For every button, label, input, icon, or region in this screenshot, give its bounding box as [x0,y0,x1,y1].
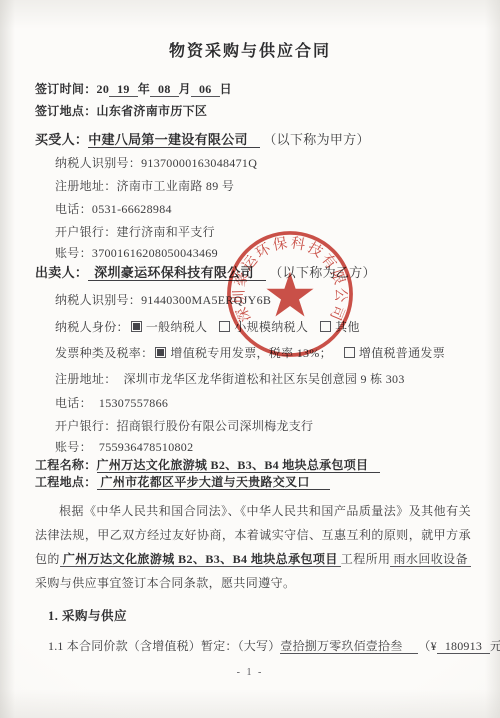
project-location-row: 工程地点：广州市花都区平步大道与天贵路交叉口 [35,473,330,490]
seller-name: 深圳豪运环保科技有限公司 [88,265,266,281]
signing-century: 20 [97,82,110,96]
checkbox-other-taxpayer [320,321,331,332]
signing-place-label: 签订地点： [35,104,97,118]
signing-day: 06 [191,82,220,97]
clause-1-1-suffix: 元）， [490,639,500,653]
invoice-option-normal: 增值税普通发票 [359,346,445,360]
project-name-value: 广州万达文化旅游城 B2、B3、B4 地块总承包项目 [97,458,381,473]
buyer-phone-label: 电话： [55,202,92,216]
seller-alias: （以下称为乙方） [269,265,375,280]
identity-option-other: 其他 [335,320,360,334]
checkbox-general-taxpayer-checked [131,321,142,332]
identity-option-general: 一般纳税人 [146,320,208,334]
buyer-address-value: 济南市工业南路 89 号 [117,179,235,193]
buyer-account-value: 37001616208050043469 [92,246,218,260]
preamble-goods-blank: 雨水回收设备 [390,552,471,567]
seller-phone-label: 电话： [55,396,92,410]
page-title: 物资采购与供应合同 [0,38,500,61]
year-unit: 年 [138,82,150,96]
buyer-address-label: 注册地址： [55,179,117,193]
buyer-label: 买受人： [35,132,88,147]
seller-account-row: 账号：755936478510802 [55,438,193,455]
project-location-value: 广州市花都区平步大道与天贵路交叉口 [97,475,330,490]
amount-paren-open: （¥ [418,639,436,653]
clause-1-1: 1.1 本合同价款（含增值税）暂定：（大写）壹拾捌万零玖佰壹拾叁（¥180913… [48,637,500,654]
seller-label: 出卖人： [35,265,88,280]
page-number: - 1 - [0,667,500,678]
seller-address-value: 深圳市龙华区龙华街道松和社区东吴创意园 9 栋 303 [124,372,405,386]
amount-number: 180913 [437,639,490,654]
signing-time-label: 签订时间： [35,82,97,96]
buyer-name: 中建八局第一建设有限公司 [88,132,260,148]
signing-time-row: 签订时间：2019年08月06日 [35,80,232,97]
seller-identity-label: 纳税人身份： [55,320,129,334]
identity-option-small: 小规模纳税人 [234,320,308,334]
seller-address-label: 注册地址： [55,372,117,386]
seller-account-value: 755936478510802 [99,440,194,454]
buyer-bank-label: 开户银行： [55,225,117,239]
seller-account-label: 账号： [55,440,92,454]
buyer-phone-value: 0531-66628984 [92,202,172,216]
seller-taxid-row: 纳税人识别号：91440300MA5ERQJY6B [55,291,271,308]
buyer-alias: （以下称为甲方） [263,132,369,147]
invoice-option-special: 增值税专用发票，税率 13%； [170,346,332,360]
seller-bank-value: 招商银行股份有限公司深圳梅龙支行 [117,419,314,433]
amount-chinese: 壹拾捌万零玖佰壹拾叁 [280,639,418,654]
buyer-taxid-row: 纳税人识别号：91370000163048471Q [55,154,257,171]
seller-identity-row: 纳税人身份：一般纳税人小规模纳税人其他 [55,318,360,335]
seller-taxid-value: 91440300MA5ERQJY6B [141,293,271,307]
contract-page: 物资采购与供应合同 签订时间：2019年08月06日 签订地点：山东省济南市历下… [0,0,500,718]
seller-phone-value: 15307557866 [99,396,168,410]
seller-bank-row: 开户银行：招商银行股份有限公司深圳梅龙支行 [55,417,313,434]
signing-place-row: 签订地点：山东省济南市历下区 [35,102,207,119]
buyer-bank-value: 建行济南和平支行 [117,225,215,239]
buyer-phone-row: 电话：0531-66628984 [55,200,172,217]
checkbox-small-taxpayer [219,321,230,332]
checkbox-normal-invoice [344,347,355,358]
preamble-project-blank: 广州万达文化旅游城 B2、B3、B4 地块总承包项目 [60,552,341,567]
seller-bank-label: 开户银行： [55,419,117,433]
preamble-part2: 工程所用 [341,552,391,566]
signing-month: 08 [150,82,179,97]
seller-invoice-row: 发票种类及税率：增值税专用发票，税率 13%；增值税普通发票 [55,344,445,361]
seller-address-row: 注册地址：深圳市龙华区龙华街道松和社区东吴创意园 9 栋 303 [55,370,405,387]
checkbox-special-invoice-checked [155,347,166,358]
signing-place-value: 山东省济南市历下区 [97,104,208,118]
project-location-label: 工程地点： [35,475,97,489]
preamble-part3: 采购与供应事宜签订本合同条款，愿共同遵守。 [35,576,295,590]
buyer-account-row: 账号：37001616208050043469 [55,244,218,261]
project-name-label: 工程名称： [35,458,97,472]
month-unit: 月 [179,82,191,96]
buyer-address-row: 注册地址：济南市工业南路 89 号 [55,177,234,194]
seller-invoice-label: 发票种类及税率： [55,346,153,360]
project-name-row: 工程名称：广州万达文化旅游城 B2、B3、B4 地块总承包项目 [35,456,380,473]
buyer-taxid-label: 纳税人识别号： [55,156,141,170]
buyer-taxid-value: 91370000163048471Q [141,156,257,170]
preamble-paragraph: 根据《中华人民共和国合同法》、《中华人民共和国产品质量法》及其他有关法律法规，甲… [35,499,471,595]
day-unit: 日 [220,82,232,96]
seller-taxid-label: 纳税人识别号： [55,293,141,307]
buyer-bank-row: 开户银行：建行济南和平支行 [55,223,215,240]
buyer-account-label: 账号： [55,246,92,260]
buyer-row: 买受人：中建八局第一建设有限公司 （以下称为甲方） [35,129,370,148]
seller-phone-row: 电话：15307557866 [55,394,168,411]
seller-row: 出卖人：深圳豪运环保科技有限公司 （以下称为乙方） [35,262,376,281]
signing-year: 19 [109,82,138,97]
section1-heading: 1. 采购与供应 [48,606,127,624]
clause-1-1-prefix: 1.1 本合同价款（含增值税）暂定：（大写） [48,639,280,653]
